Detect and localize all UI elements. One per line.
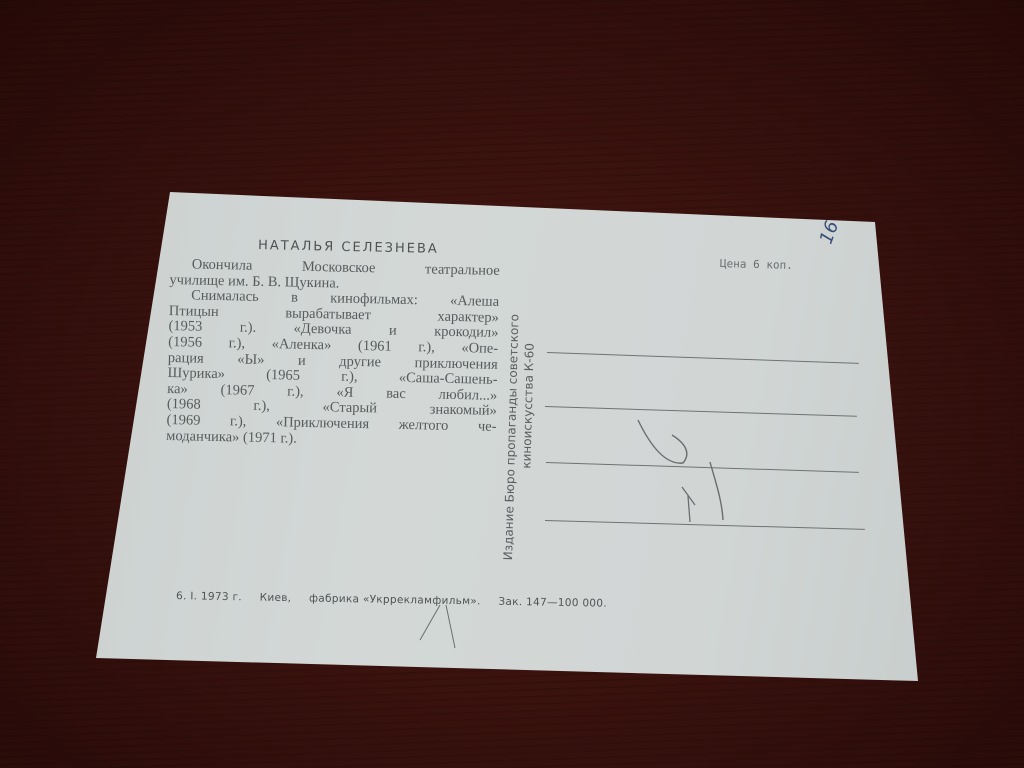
print-date: 6. I. 1973 г. [176,590,242,603]
print-city: Киев, [260,592,292,605]
print-order: Зак. 147—100 000. [498,596,607,610]
